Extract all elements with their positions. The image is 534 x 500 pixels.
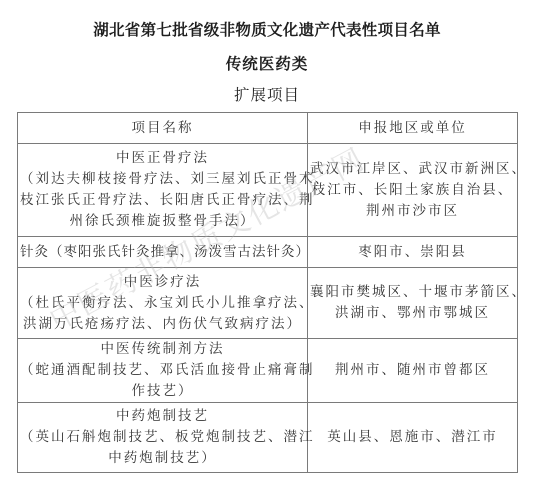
project-list-table: 项目名称 申报地区或单位 中医正骨疗法 （刘达夫柳枝接骨疗法、刘三屋刘氏正骨术、…: [17, 112, 518, 473]
project-name-line: （刘达夫柳枝接骨疗法、刘三屋刘氏正骨术、: [20, 169, 305, 190]
header-project-name: 项目名称: [18, 113, 308, 144]
region-line: 枝江市、长阳土家族自治县、: [310, 180, 515, 201]
region-cell: 荆州市、随州市曾都区: [308, 339, 518, 403]
table-row: 中医诊疗法 （杜氏平衡疗法、永宝刘氏小儿推拿疗法、 洪湖万氏疮疡疗法、内伤伏气致…: [18, 268, 518, 339]
table-header-row: 项目名称 申报地区或单位: [18, 113, 518, 144]
project-name-cell: 中医正骨疗法 （刘达夫柳枝接骨疗法、刘三屋刘氏正骨术、 枝江张氏正骨疗法、长阳唐…: [18, 144, 308, 237]
project-name-line: 州徐氏颈椎旋扳整骨手法）: [20, 211, 305, 232]
region-cell: 武汉市江岸区、武汉市新洲区、 枝江市、长阳土家族自治县、 荆州市沙市区: [308, 144, 518, 237]
subcategory-heading: 扩展项目: [0, 83, 534, 105]
project-name-cell: 中医传统制剂方法 （蛇通酒配制技艺、邓氏活血接骨止痛膏制 作技艺）: [18, 339, 308, 403]
project-name-cell: 针灸（枣阳张氏针灸推拿、汤泼雪古法针灸）: [18, 237, 308, 268]
table-row: 中药炮制技艺 （英山石斛炮制技艺、板党炮制技艺、潜江 中药炮制技艺） 英山县、恩…: [18, 403, 518, 473]
region-line: 荆州市沙市区: [310, 201, 515, 222]
region-line: 洪湖市、鄂州市鄂城区: [310, 303, 515, 324]
region-line: 枣阳市、崇阳县: [310, 242, 515, 263]
project-name-line: 作技艺）: [20, 381, 305, 402]
project-name-line: 中药炮制技艺: [20, 406, 305, 427]
table-row: 中医传统制剂方法 （蛇通酒配制技艺、邓氏活血接骨止痛膏制 作技艺） 荆州市、随州…: [18, 339, 518, 403]
project-name-cell: 中药炮制技艺 （英山石斛炮制技艺、板党炮制技艺、潜江 中药炮制技艺）: [18, 403, 308, 473]
project-name-line: 中医传统制剂方法: [20, 339, 305, 360]
table-row: 针灸（枣阳张氏针灸推拿、汤泼雪古法针灸） 枣阳市、崇阳县: [18, 237, 518, 268]
project-name-line: （杜氏平衡疗法、永宝刘氏小儿推拿疗法、: [20, 293, 305, 314]
table-row: 中医正骨疗法 （刘达夫柳枝接骨疗法、刘三屋刘氏正骨术、 枝江张氏正骨疗法、长阳唐…: [18, 144, 518, 237]
project-name-line: （蛇通酒配制技艺、邓氏活血接骨止痛膏制: [20, 360, 305, 381]
region-line: 襄阳市樊城区、十堰市茅箭区、: [310, 282, 515, 303]
project-name-line: 中药炮制技艺）: [20, 448, 305, 469]
region-cell: 枣阳市、崇阳县: [308, 237, 518, 268]
project-name-line: 针灸（枣阳张氏针灸推拿、汤泼雪古法针灸）: [20, 242, 305, 263]
document-title: 湖北省第七批省级非物质文化遗产代表性项目名单: [0, 18, 534, 40]
project-name-line: 中医诊疗法: [20, 272, 305, 293]
project-name-line: （英山石斛炮制技艺、板党炮制技艺、潜江: [20, 427, 305, 448]
region-line: 武汉市江岸区、武汉市新洲区、: [310, 159, 515, 180]
region-cell: 英山县、恩施市、潜江市: [308, 403, 518, 473]
project-name-cell: 中医诊疗法 （杜氏平衡疗法、永宝刘氏小儿推拿疗法、 洪湖万氏疮疡疗法、内伤伏气致…: [18, 268, 308, 339]
project-name-line: 中医正骨疗法: [20, 148, 305, 169]
project-name-line: 枝江张氏正骨疗法、长阳唐氏正骨疗法、荆: [20, 190, 305, 211]
region-cell: 襄阳市樊城区、十堰市茅箭区、 洪湖市、鄂州市鄂城区: [308, 268, 518, 339]
region-line: 荆州市、随州市曾都区: [310, 360, 515, 381]
project-name-line: 洪湖万氏疮疡疗法、内伤伏气致病疗法）: [20, 314, 305, 335]
category-heading: 传统医药类: [0, 52, 534, 74]
region-line: 英山县、恩施市、潜江市: [310, 427, 515, 448]
header-region: 申报地区或单位: [308, 113, 518, 144]
